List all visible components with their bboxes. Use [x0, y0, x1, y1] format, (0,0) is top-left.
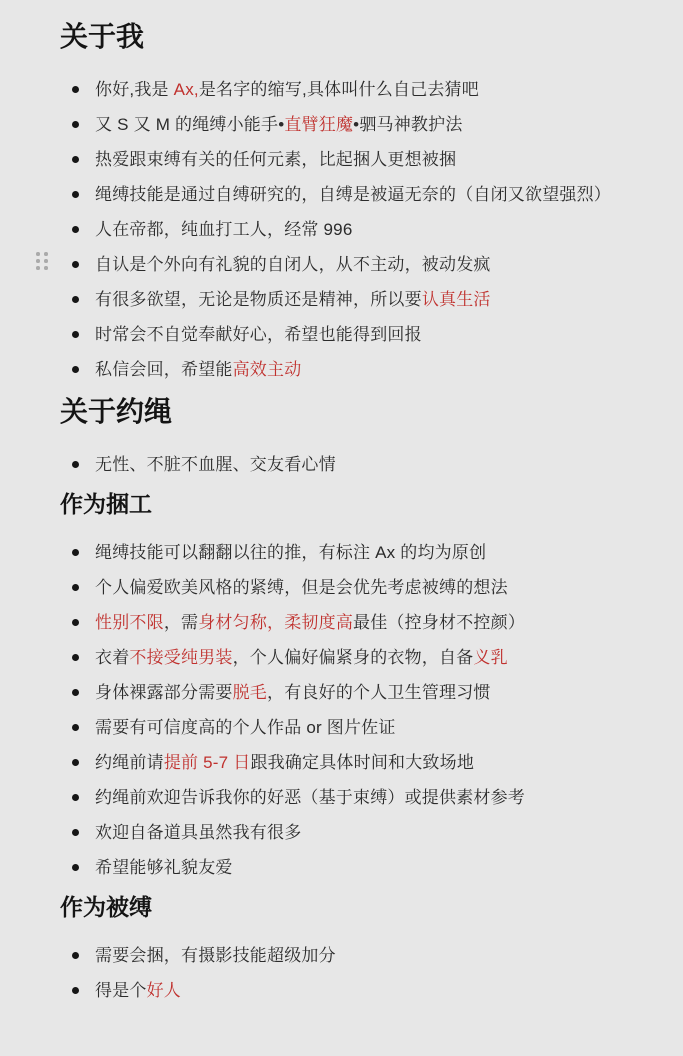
bullet-list: 你好,我是 Ax,是名字的缩写,具体叫什么自己去猜吧又 S 又 M 的绳缚小能手… [60, 80, 655, 379]
list-item-text: 约绳前请提前 5-7 日跟我确定具体时间和大致场地 [95, 753, 474, 772]
list-item: 衣着不接受纯男装，个人偏好偏紧身的衣物，自备义乳 [60, 648, 655, 667]
section-heading: 作为捆工 [60, 490, 655, 518]
drag-handle-icon[interactable] [36, 252, 48, 273]
list-item: 希望能够礼貌友爱 [60, 858, 655, 877]
list-item-text: 需要会捆，有摄影技能超级加分 [95, 946, 336, 965]
list-item: 有很多欲望，无论是物质还是精神，所以要认真生活 [60, 290, 655, 309]
list-item-text: 约绳前欢迎告诉我你的好恶（基于束缚）或提供素材参考 [95, 788, 525, 807]
section-heading: 作为被缚 [60, 893, 655, 921]
list-item: 约绳前请提前 5-7 日跟我确定具体时间和大致场地 [60, 753, 655, 772]
list-item-text: 时常会不自觉奉献好心，希望也能得到回报 [95, 325, 422, 344]
list-item: 身体裸露部分需要脱毛，有良好的个人卫生管理习惯 [60, 683, 655, 702]
document-body: 关于我你好,我是 Ax,是名字的缩写,具体叫什么自己去猜吧又 S 又 M 的绳缚… [0, 0, 683, 1000]
list-item-text: 绳缚技能是通过自缚研究的，自缚是被逼无奈的（自闭又欲望强烈） [95, 185, 611, 204]
bullet-icon [72, 261, 79, 268]
section: 作为被缚需要会捆，有摄影技能超级加分得是个好人 [60, 893, 655, 1000]
list-item: 性别不限，需身材匀称，柔韧度高最佳（控身材不控颜） [60, 613, 655, 632]
bullet-icon [72, 724, 79, 731]
list-item-text: 人在帝都，纯血打工人，经常 996 [95, 220, 353, 239]
list-item: 无性、不脏不血腥、交友看心情 [60, 455, 655, 474]
bullet-icon [72, 366, 79, 373]
list-item: 需要有可信度高的个人作品 or 图片佐证 [60, 718, 655, 737]
list-item-text: 你好,我是 Ax,是名字的缩写,具体叫什么自己去猜吧 [95, 80, 479, 99]
list-item: 私信会回，希望能高效主动 [60, 360, 655, 379]
list-item: 绳缚技能是通过自缚研究的，自缚是被逼无奈的（自闭又欲望强烈） [60, 185, 655, 204]
list-item-text: 绳缚技能可以翻翻以往的推，有标注 Ax 的均为原创 [95, 543, 486, 562]
bullet-list: 无性、不脏不血腥、交友看心情 [60, 455, 655, 474]
list-item: 时常会不自觉奉献好心，希望也能得到回报 [60, 325, 655, 344]
list-item-text: 热爱跟束缚有关的任何元素，比起捆人更想被捆 [95, 150, 456, 169]
list-item: 你好,我是 Ax,是名字的缩写,具体叫什么自己去猜吧 [60, 80, 655, 99]
list-item-text: 私信会回，希望能高效主动 [95, 360, 301, 379]
list-item-text: 有很多欲望，无论是物质还是精神，所以要认真生活 [95, 290, 491, 309]
list-item-text: 希望能够礼貌友爱 [95, 858, 233, 877]
bullet-icon [72, 121, 79, 128]
list-item-text: 需要有可信度高的个人作品 or 图片佐证 [95, 718, 396, 737]
bullet-icon [72, 759, 79, 766]
bullet-icon [72, 461, 79, 468]
list-item-text: 欢迎自备道具虽然我有很多 [95, 823, 301, 842]
list-item: 欢迎自备道具虽然我有很多 [60, 823, 655, 842]
bullet-list: 需要会捆，有摄影技能超级加分得是个好人 [60, 946, 655, 1000]
bullet-icon [72, 987, 79, 994]
list-item: 绳缚技能可以翻翻以往的推，有标注 Ax 的均为原创 [60, 543, 655, 562]
bullet-icon [72, 829, 79, 836]
bullet-icon [72, 86, 79, 93]
section-heading: 关于约绳 [60, 395, 655, 429]
bullet-icon [72, 619, 79, 626]
list-item: 又 S 又 M 的绳缚小能手•直臂狂魔•驷马神教护法 [60, 115, 655, 134]
bullet-icon [72, 794, 79, 801]
bullet-icon [72, 654, 79, 661]
section: 作为捆工绳缚技能可以翻翻以往的推，有标注 Ax 的均为原创个人偏爱欧美风格的紧缚… [60, 490, 655, 877]
bullet-icon [72, 549, 79, 556]
section: 关于我你好,我是 Ax,是名字的缩写,具体叫什么自己去猜吧又 S 又 M 的绳缚… [60, 20, 655, 379]
list-item: 人在帝都，纯血打工人，经常 996 [60, 220, 655, 239]
list-item: 热爱跟束缚有关的任何元素，比起捆人更想被捆 [60, 150, 655, 169]
list-item-text: 得是个好人 [95, 981, 181, 1000]
bullet-icon [72, 584, 79, 591]
list-item: 自认是个外向有礼貌的自闭人，从不主动，被动发疯 [60, 255, 655, 274]
bullet-icon [72, 864, 79, 871]
bullet-icon [72, 156, 79, 163]
list-item-text: 衣着不接受纯男装，个人偏好偏紧身的衣物，自备义乳 [95, 648, 508, 667]
list-item: 需要会捆，有摄影技能超级加分 [60, 946, 655, 965]
list-item-text: 性别不限，需身材匀称，柔韧度高最佳（控身材不控颜） [95, 613, 525, 632]
list-item: 约绳前欢迎告诉我你的好恶（基于束缚）或提供素材参考 [60, 788, 655, 807]
bullet-icon [72, 226, 79, 233]
list-item-text: 自认是个外向有礼貌的自闭人，从不主动，被动发疯 [95, 255, 491, 274]
list-item: 得是个好人 [60, 981, 655, 1000]
list-item-text: 身体裸露部分需要脱毛，有良好的个人卫生管理习惯 [95, 683, 491, 702]
list-item-text: 无性、不脏不血腥、交友看心情 [95, 455, 336, 474]
list-item-text: 个人偏爱欧美风格的紧缚，但是会优先考虑被缚的想法 [95, 578, 508, 597]
list-item-text: 又 S 又 M 的绳缚小能手•直臂狂魔•驷马神教护法 [95, 115, 463, 134]
bullet-list: 绳缚技能可以翻翻以往的推，有标注 Ax 的均为原创个人偏爱欧美风格的紧缚，但是会… [60, 543, 655, 877]
bullet-icon [72, 952, 79, 959]
bullet-icon [72, 689, 79, 696]
bullet-icon [72, 191, 79, 198]
list-item: 个人偏爱欧美风格的紧缚，但是会优先考虑被缚的想法 [60, 578, 655, 597]
section-heading: 关于我 [60, 20, 655, 54]
bullet-icon [72, 296, 79, 303]
section: 关于约绳无性、不脏不血腥、交友看心情 [60, 395, 655, 474]
bullet-icon [72, 331, 79, 338]
